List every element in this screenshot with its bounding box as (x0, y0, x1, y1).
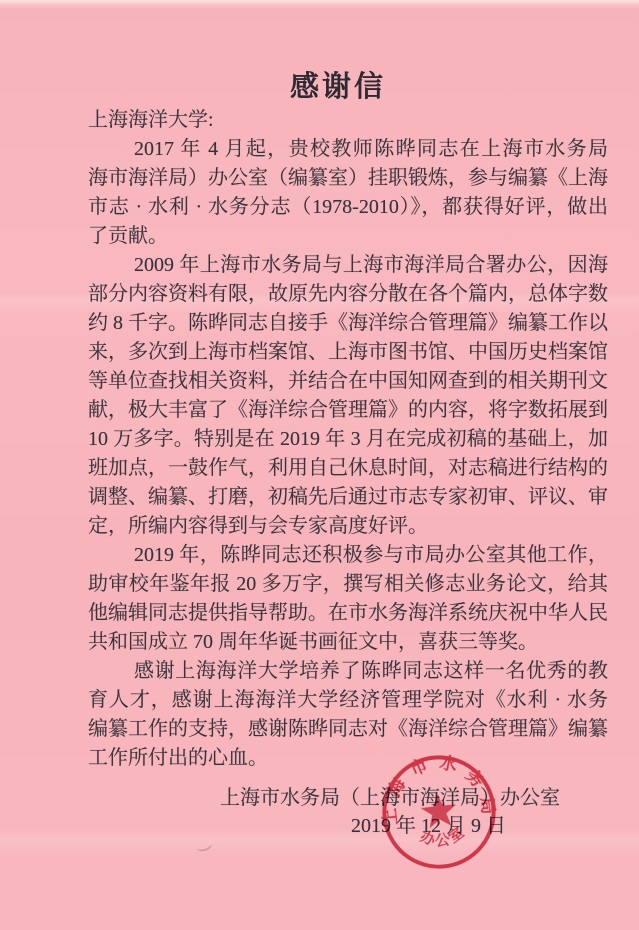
body-line: 部分内容资料有限，故原先内容分散在各个篇内，总体字数 (88, 280, 608, 309)
body-line: 工作所付出的心血。 (88, 744, 608, 773)
letter-body: 上海海洋大学: 2017 年 4 月起，贵校教师陈晔同志在上海市水务局（上 海市… (88, 106, 608, 773)
body-line: 了贡献。 (88, 222, 608, 251)
body-line: 2019 年，陈晔同志还积极参与市局办公室其他工作，帮 (88, 541, 608, 570)
body-line: 来，多次到上海市档案馆、上海市图书馆、中国历史档案馆 (88, 338, 608, 367)
salutation: 上海海洋大学: (88, 106, 608, 135)
official-seal: 上海市水务局 办公室 (371, 744, 507, 880)
seal-bottom-text: 办公室 (416, 822, 468, 852)
body-line: 调整、编纂、打磨，初稿先后通过市志专家初审、评议、审 (88, 483, 608, 512)
letter-title: 感谢信 (78, 64, 598, 105)
seal-star-icon (419, 792, 458, 829)
svg-text:办公室: 办公室 (416, 822, 468, 852)
body-line: 共和国成立 70 周年华诞书画征文中，喜获三等奖。 (88, 628, 608, 657)
body-line: 编纂工作的支持，感谢陈晔同志对《海洋综合管理篇》编纂 (88, 715, 608, 744)
body-line: 感谢上海海洋大学培养了陈晔同志这样一名优秀的教 (88, 657, 608, 686)
body-line: 献，极大丰富了《海洋综合管理篇》的内容，将字数拓展到 (88, 396, 608, 425)
body-line: 助审校年鉴年报 20 多万字，撰写相关修志业务论文，给其 (88, 570, 608, 599)
body-line: 市志 · 水利 · 水务分志（1978-2010）》，都获得好评，做出 (88, 193, 608, 222)
body-line: 2017 年 4 月起，贵校教师陈晔同志在上海市水务局（上 (88, 135, 608, 164)
letter-page: 感谢信 上海海洋大学: 2017 年 4 月起，贵校教师陈晔同志在上海市水务局（… (0, 0, 639, 930)
body-line: 育人才，感谢上海海洋大学经济管理学院对《水利 · 水务志》 (88, 686, 608, 715)
body-line: 班加点，一鼓作气，利用自己休息时间，对志稿进行结构的 (88, 454, 608, 483)
body-line: 定，所编内容得到与会专家高度好评。 (88, 512, 608, 541)
body-line: 10 万多字。特别是在 2019 年 3 月在完成初稿的基础上，加 (88, 425, 608, 454)
body-line: 2009 年上海市水务局与上海市海洋局合署办公，因海洋 (88, 251, 608, 280)
body-line: 约 8 千字。陈晔同志自接手《海洋综合管理篇》编纂工作以 (88, 309, 608, 338)
body-line: 海市海洋局）办公室（编纂室）挂职锻炼，参与编纂《上海 (88, 164, 608, 193)
body-line: 等单位查找相关资料，并结合在中国知网查到的相关期刊文 (88, 367, 608, 396)
body-line: 他编辑同志提供指导帮助。在市水务海洋系统庆祝中华人民 (88, 599, 608, 628)
